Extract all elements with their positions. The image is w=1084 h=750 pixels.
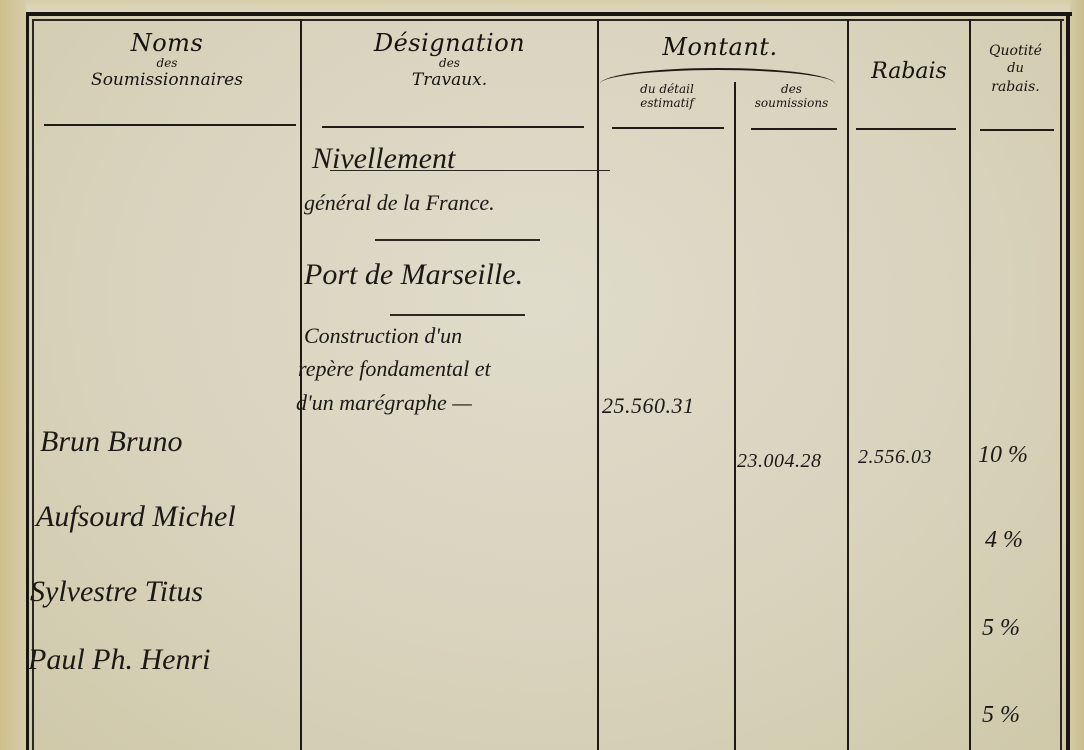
header-soumissions-line1: des xyxy=(736,82,847,96)
rabais-1: 2.556.03 xyxy=(858,446,932,469)
designation-section1-underline xyxy=(330,170,610,171)
montant-estimatif-value: 25.560.31 xyxy=(602,393,695,419)
designation-section2-title: Port de Marseille. xyxy=(304,258,523,292)
header-estimatif: du détail estimatif xyxy=(600,82,734,110)
header-rabais-label: Rabais xyxy=(849,62,969,82)
quotite-1: 10 % xyxy=(978,442,1028,469)
header-estimatif-line2: estimatif xyxy=(600,96,734,110)
divider-noms-designation xyxy=(300,19,302,750)
header-rule-noms xyxy=(44,124,296,126)
bidder-name-1: Brun Bruno xyxy=(40,425,183,459)
divider-rabais-quotite xyxy=(969,19,971,750)
designation-section1-subtitle: général de la France. xyxy=(304,190,495,216)
montant-soumission-1: 23.004.28 xyxy=(737,450,822,473)
frame-left-thin xyxy=(32,19,34,750)
frame-left-thick xyxy=(26,12,29,750)
header-montant: Montant. xyxy=(600,34,840,60)
paper-edge-left xyxy=(0,0,26,750)
header-noms-line2: des xyxy=(34,56,300,70)
bidder-name-3: Sylvestre Titus xyxy=(30,575,203,609)
ledger-page: Noms des Soumissionnaires Désignation de… xyxy=(0,0,1084,750)
frame-right-thick xyxy=(1066,12,1070,750)
header-quotite-line3: rabais. xyxy=(971,78,1060,96)
header-soumissions: des soumissions xyxy=(736,82,847,110)
header-noms-line3: Soumissionnaires xyxy=(34,70,300,90)
header-noms-line1: Noms xyxy=(34,30,300,56)
header-rule-quotite xyxy=(980,129,1054,131)
bidder-name-2: Aufsourd Michel xyxy=(36,500,236,534)
header-quotite-line1: Quotité xyxy=(971,42,1060,60)
quotite-5: 5 % xyxy=(982,702,1020,729)
header-rule-estimatif xyxy=(612,127,724,129)
header-designation-line3: Travaux. xyxy=(302,70,597,90)
quotite-3: 5 % xyxy=(982,615,1020,642)
header-quotite-line2: du xyxy=(971,60,1060,78)
header-rule-designation xyxy=(322,126,584,128)
header-designation-line2: des xyxy=(302,56,597,70)
bidder-name-4: Paul Ph. Henri xyxy=(28,643,210,677)
paper-edge-top xyxy=(0,0,1084,12)
designation-work-line3: d'un marégraphe — xyxy=(296,390,472,416)
quotite-2: 4 % xyxy=(985,527,1023,554)
designation-separator-2 xyxy=(390,314,525,316)
header-rabais: Rabais xyxy=(849,62,969,82)
header-designation: Désignation des Travaux. xyxy=(302,30,597,90)
header-rule-soumissions xyxy=(751,128,837,130)
paper-edge-right xyxy=(1070,0,1084,750)
header-quotite: Quotité du rabais. xyxy=(971,42,1060,96)
designation-work-line1: Construction d'un xyxy=(304,323,462,349)
header-designation-line1: Désignation xyxy=(302,30,597,56)
header-estimatif-line1: du détail xyxy=(600,82,734,96)
divider-montant-rabais xyxy=(847,19,849,750)
divider-designation-montant xyxy=(597,19,599,750)
designation-work-line2: repère fondamental et xyxy=(298,356,491,382)
header-montant-title: Montant. xyxy=(600,34,840,60)
divider-estimatif-soumissions xyxy=(734,82,736,750)
frame-right-thin xyxy=(1060,19,1062,750)
header-rule-rabais xyxy=(856,128,956,130)
frame-top-thin xyxy=(32,19,1064,21)
header-soumissions-line2: soumissions xyxy=(736,96,847,110)
frame-top-thick xyxy=(26,12,1072,16)
designation-separator-1 xyxy=(375,239,540,241)
header-noms: Noms des Soumissionnaires xyxy=(34,30,300,90)
